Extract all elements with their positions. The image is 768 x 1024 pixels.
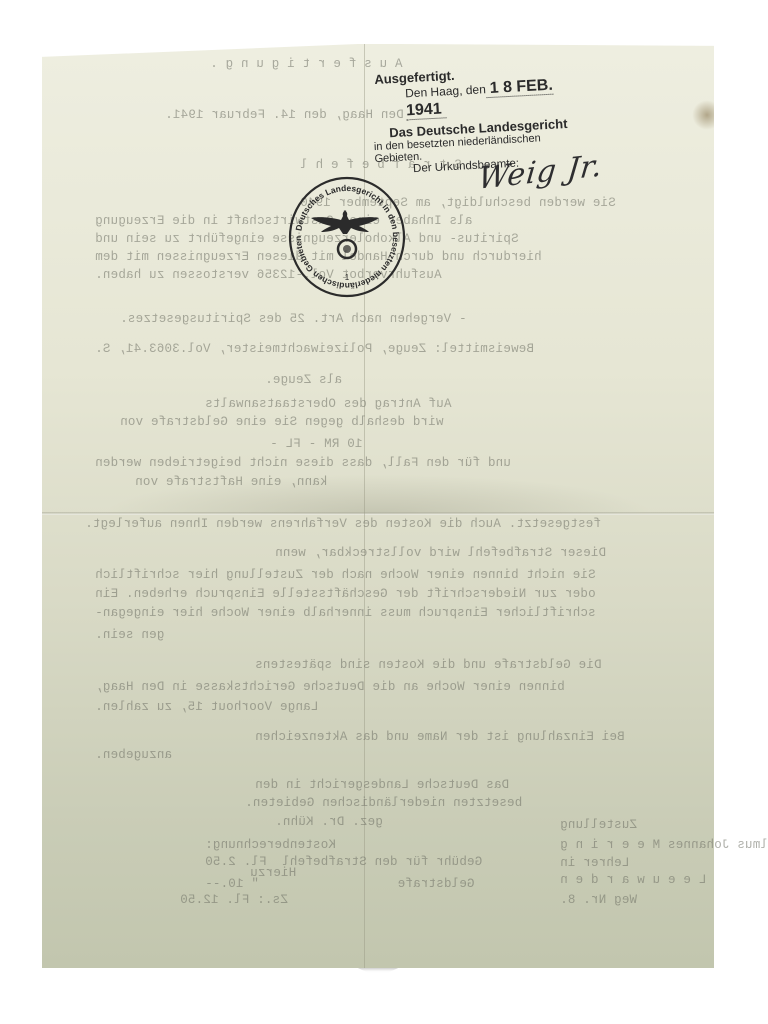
bleed-through-line: als Inhaber einer Gastwirtschaft in die …	[95, 214, 472, 228]
bleed-through-line: Die Geldstrafe und die Kosten sind späte…	[255, 658, 602, 672]
bleed-through-line: L e e u w a r d e n	[560, 873, 706, 887]
bleed-through-line: wird deshalb gegen Sie eine Geldstrafe v…	[120, 415, 443, 429]
stamp-line-place: Den Haag, den1 8 FEB. 1941	[405, 76, 577, 121]
bleed-through-line: gen sein.	[95, 628, 164, 642]
bleed-through-line: Wilhelmus Johannes M e e r i n g	[560, 838, 768, 852]
eagle-emblem	[311, 210, 379, 234]
bleed-through-line: kann, eine Haftstrafe von	[135, 475, 328, 489]
bleed-through-line: Auf Antrag des Oberstaatsanwalts	[205, 397, 451, 411]
bleed-through-line: anzugeben.	[95, 748, 172, 762]
bleed-through-line: Zustellung	[560, 818, 637, 832]
bleed-through-line: Den Haag, den 14. Februar 1941.	[165, 108, 404, 122]
stain	[692, 100, 722, 130]
bleed-through-line: besetzten niederländischen Gebieten.	[245, 796, 522, 810]
bleed-through-line: und für den Fall, dass diese nicht beige…	[95, 456, 511, 470]
svg-text:1: 1	[345, 273, 350, 282]
bleed-through-line: - Vergehen nach Art. 25 des Spiritusgese…	[120, 312, 467, 326]
bleed-through-line: Kostenberechnung:	[205, 838, 336, 852]
bleed-through-line: 10 RM - FL -	[270, 437, 362, 451]
bleed-through-line: Bei Einzahlung ist der Name und das Akte…	[255, 730, 625, 744]
bleed-through-line: Lange Voorhout 15, zu zahlen.	[95, 700, 318, 714]
bleed-through-line: Zs.: Fl. 12.50	[180, 893, 473, 907]
bleed-through-line: gez. Dr. Kühn.	[275, 815, 383, 829]
bleed-through-line: Sie nicht binnen einer Woche nach der Zu…	[95, 568, 596, 582]
bleed-through-line: Beweismittel: Zeuge, Polizeiwachtmeister…	[95, 342, 534, 356]
court-seal-icon: Deutsches Landesgericht in den besetzten…	[286, 176, 408, 298]
bleed-through-line: als Zeuge.	[265, 373, 342, 387]
bleed-through-line: Gebühr für den Strafbefehl Fl. 2.50	[205, 855, 482, 869]
bleed-through-line: Geldstrafe " 10.--	[205, 877, 475, 891]
bleed-through-line: schriftlicher Einspruch muss innerhalb e…	[95, 606, 596, 620]
bleed-through-line: Das Deutsche Landesgericht in den	[255, 778, 509, 792]
horizontal-fold	[42, 512, 714, 515]
bleed-through-line: binnen einer Woche an die Deutsche Geric…	[95, 680, 565, 694]
bleed-through-line: Weg Nr. 8.	[560, 893, 637, 907]
bleed-through-line: oder zur Niederschrift der Geschäftsstel…	[95, 587, 596, 601]
bleed-through-line: A u s f e r t i g u n g .	[210, 57, 403, 71]
bleed-through-line: Lehrer in	[560, 856, 629, 870]
bleed-through-line: festgesetzt. Auch die Kosten des Verfahr…	[85, 517, 601, 531]
bleed-through-line: Dieser Strafbefehl wird vollstreckbar, w…	[275, 546, 606, 560]
